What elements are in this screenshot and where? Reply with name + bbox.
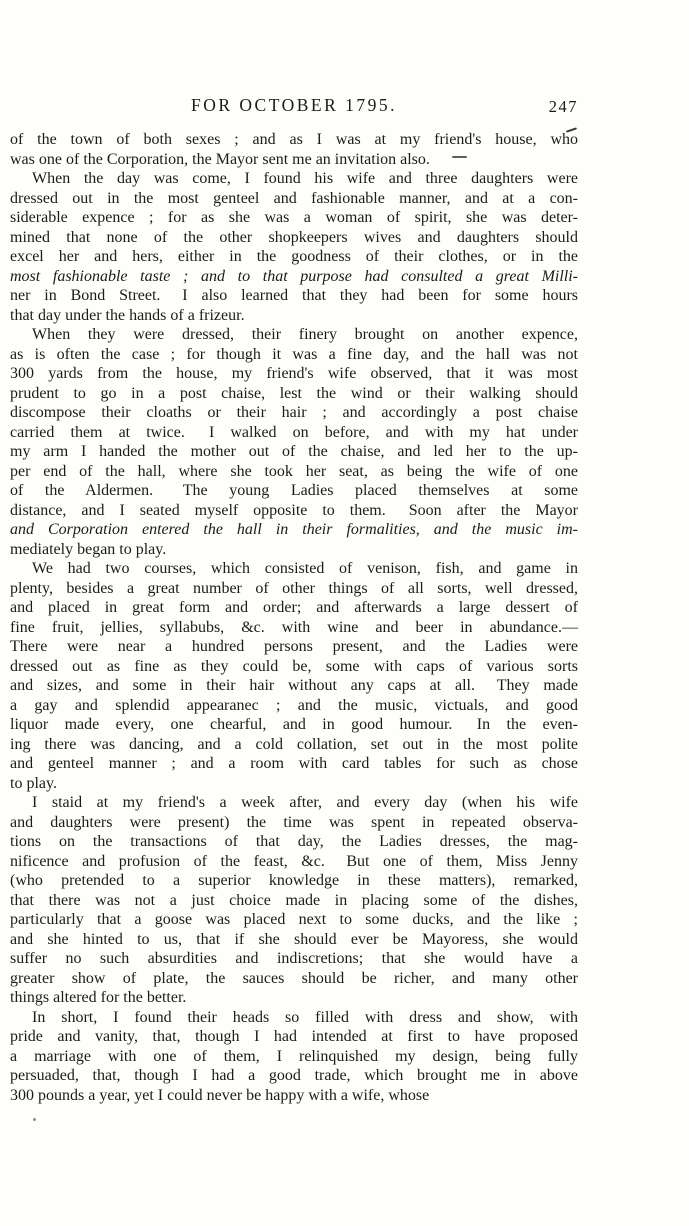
text-line: things altered for the better. <box>10 988 578 1008</box>
paragraph: When they were dressed, their finery bro… <box>10 325 578 559</box>
text-line: and sizes, and some in their hair withou… <box>10 676 578 696</box>
page-body-text: of the town of both sexes ; and as I was… <box>10 130 578 1105</box>
text-line: There were near a hundred persons presen… <box>10 637 578 657</box>
text-line: 300 pounds a year, yet I could never be … <box>10 1086 578 1106</box>
text-line: ing there was dancing, and a cold collat… <box>10 735 578 755</box>
text-line: and she hinted to us, that if she should… <box>10 930 578 950</box>
text-line: dressed out in the most genteel and fash… <box>10 189 578 209</box>
paragraph: We had two courses, which consisted of v… <box>10 559 578 793</box>
text-line: dressed out as fine as they could be, so… <box>10 657 578 677</box>
running-header-title: FOR OCTOBER 1795. <box>191 95 397 115</box>
text-line: In short, I found their heads so filled … <box>10 1008 578 1028</box>
text-line: suffer no such absurdities and indiscret… <box>10 949 578 969</box>
text-line: excel her and hers, either in the goodne… <box>10 247 578 267</box>
text-line: most fashionable taste ; and to that pur… <box>10 267 578 287</box>
text-line: my arm I handed the mother out of the ch… <box>10 442 578 462</box>
text-line: discompose their cloaths or their hair ;… <box>10 403 578 423</box>
page-number: 247 <box>549 97 578 117</box>
text-line: We had two courses, which consisted of v… <box>10 559 578 579</box>
text-line: prudent to go in a post chaise, lest the… <box>10 384 578 404</box>
paragraph: In short, I found their heads so filled … <box>10 1008 578 1106</box>
text-line: When they were dressed, their finery bro… <box>10 325 578 345</box>
scanned-page: FOR OCTOBER 1795. 247 of the town of bot… <box>0 0 689 1226</box>
ink-speck <box>452 156 467 158</box>
text-line: a gay and splendid appearanec ; and the … <box>10 696 578 716</box>
text-line: that day under the hands of a frizeur. <box>10 306 578 326</box>
text-line: mined that none of the other shopkeepers… <box>10 228 578 248</box>
ink-speck <box>33 1118 36 1121</box>
text-line: pride and vanity, that, though I had int… <box>10 1027 578 1047</box>
paragraph: When the day was come, I found his wife … <box>10 169 578 325</box>
text-line: per end of the hall, where she took her … <box>10 462 578 482</box>
text-line: was one of the Corporation, the Mayor se… <box>10 150 578 170</box>
text-line: to play. <box>10 774 578 794</box>
text-line: distance, and I seated myself opposite t… <box>10 501 578 521</box>
text-line: nificence and profusion of the feast, &c… <box>10 852 578 872</box>
text-line: siderable expence ; for as she was a wom… <box>10 208 578 228</box>
text-line: When the day was come, I found his wife … <box>10 169 578 189</box>
text-line: (who pretended to a superior knowledge i… <box>10 871 578 891</box>
text-line: 300 yards from the house, my friend's wi… <box>10 364 578 384</box>
text-line: and placed in great form and order; and … <box>10 598 578 618</box>
text-line: tions on the transactions of that day, t… <box>10 832 578 852</box>
text-line: ner in Bond Street. I also learned that … <box>10 286 578 306</box>
text-line: particularly that a goose was placed nex… <box>10 910 578 930</box>
text-line: of the Aldermen. The young Ladies placed… <box>10 481 578 501</box>
text-line: and genteel manner ; and a room with car… <box>10 754 578 774</box>
running-header: FOR OCTOBER 1795. 247 <box>10 95 578 116</box>
text-line: liquor made every, one chearful, and in … <box>10 715 578 735</box>
text-line: I staid at my friend's a week after, and… <box>10 793 578 813</box>
paragraph: of the town of both sexes ; and as I was… <box>10 130 578 169</box>
text-line: of the town of both sexes ; and as I was… <box>10 130 578 150</box>
text-line: greater show of plate, the sauces should… <box>10 969 578 989</box>
text-line: and daughters were present) the time was… <box>10 813 578 833</box>
text-line: fine fruit, jellies, syllabubs, &c. with… <box>10 618 578 638</box>
text-line: persuaded, that, though I had a good tra… <box>10 1066 578 1086</box>
paragraph: I staid at my friend's a week after, and… <box>10 793 578 1008</box>
text-line: as is often the case ; for though it was… <box>10 345 578 365</box>
text-line: carried them at twice. I walked on befor… <box>10 423 578 443</box>
text-line: and Corporation entered the hall in thei… <box>10 520 578 540</box>
text-line: mediately began to play. <box>10 540 578 560</box>
text-line: a marriage with one of them, I relinquis… <box>10 1047 578 1067</box>
text-line: that there was not a just choice made in… <box>10 891 578 911</box>
text-line: plenty, besides a great number of other … <box>10 579 578 599</box>
